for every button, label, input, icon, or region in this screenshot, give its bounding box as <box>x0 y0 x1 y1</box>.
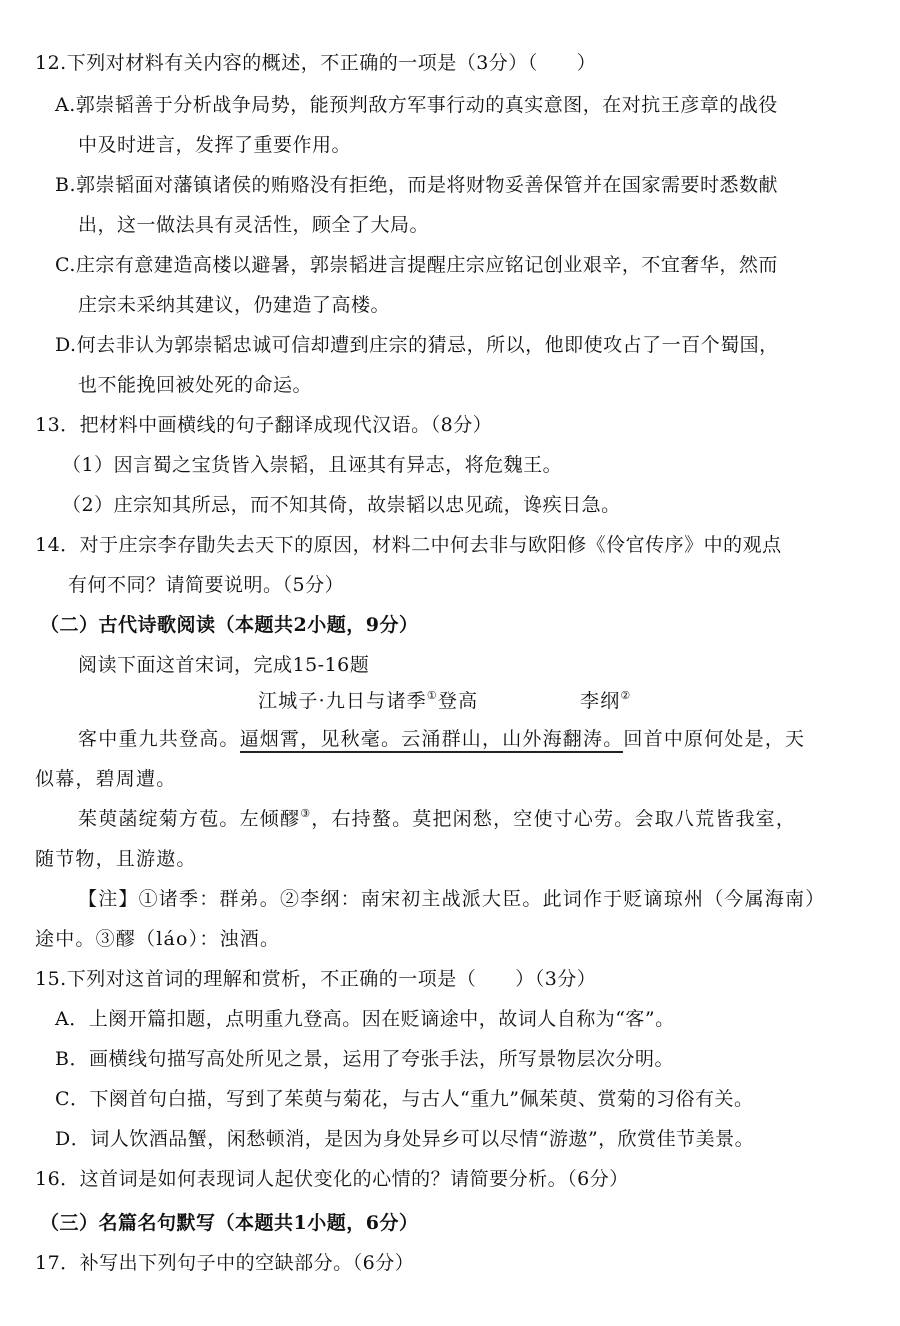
poem-stanza1-line2: 似幕，碧周遭。 <box>35 766 176 792</box>
q17-stem: 17．补写出下列句子中的空缺部分。（6分） <box>35 1250 414 1276</box>
q15-option-a: A．上阕开篇扣题，点明重九登高。因在贬谪途中，故词人自称为“客”。 <box>55 1006 675 1032</box>
q15-option-c: C．下阕首句白描，写到了茱萸与菊花，与古人“重九”佩茱萸、赏菊的习俗有关。 <box>55 1086 753 1112</box>
footnote-marker-2: ② <box>620 689 631 702</box>
poem-author: 李纲② <box>580 688 631 714</box>
poem-title: 江城子·九日与诸季①登高 <box>258 688 478 714</box>
q12-option-c-line2: 庄宗未采纳其建议，仍建造了高楼。 <box>78 292 390 318</box>
poem-stanza2-line2: 随节物，且游遨。 <box>35 846 197 872</box>
q16-stem: 16．这首词是如何表现词人起伏变化的心情的？请简要分析。（6分） <box>35 1166 629 1192</box>
exam-page: 12.下列对材料有关内容的概述，不正确的一项是（3分）（ ） A.郭崇韬善于分析… <box>0 0 900 1326</box>
underlined-sentence: 逼烟霄，见秋毫。云涌群山，山外海翻涛。 <box>240 728 624 753</box>
footnote-marker-3: ③ <box>300 807 311 820</box>
poem-notes-line2: 途中。③醪（láo）：浊酒。 <box>35 926 280 952</box>
poem-intro: 阅读下面这首宋词，完成15-16题 <box>78 652 369 678</box>
q12-option-a-line1: A.郭崇韬善于分析战争局势，能预判敌方军事行动的真实意图，在对抗王彦章的战役 <box>55 92 778 118</box>
footnote-marker-1: ① <box>427 689 438 702</box>
q12-option-b-line2: 出，这一做法具有灵活性，顾全了大局。 <box>78 212 429 238</box>
q12-stem: 12.下列对材料有关内容的概述，不正确的一项是（3分）（ ） <box>35 50 596 76</box>
q13-stem: 13．把材料中画横线的句子翻译成现代汉语。（8分） <box>35 412 492 438</box>
q12-option-c-line1: C.庄宗有意建造高楼以避暑，郭崇韬进言提醒庄宗应铭记创业艰辛，不宜奢华，然而 <box>55 252 778 278</box>
q12-option-d-line1: D.何去非认为郭崇韬忠诚可信却遭到庄宗的猜忌，所以，他即使攻占了一百个蜀国， <box>55 332 779 358</box>
q12-option-b-line1: B.郭崇韬面对藩镇诸侯的贿赂没有拒绝，而是将财物妥善保管并在国家需要时悉数献 <box>55 172 778 198</box>
q15-option-d: D．词人饮酒品蟹，闲愁顿消，是因为身处异乡可以尽情“游遨”，欣赏佳节美景。 <box>55 1126 754 1152</box>
q13-sentence-2: （2）庄宗知其所忌，而不知其倚，故崇韬以忠见疏，谗疾日急。 <box>62 492 621 518</box>
q15-option-b: B．画横线句描写高处所见之景，运用了夸张手法，所写景物层次分明。 <box>55 1046 674 1072</box>
poem-stanza1-line1: 客中重九共登高。逼烟霄，见秋毫。云涌群山，山外海翻涛。回首中原何处是，天 <box>78 726 805 752</box>
q12-option-a-line2: 中及时进言，发挥了重要作用。 <box>78 132 351 158</box>
q15-stem: 15.下列对这首词的理解和赏析，不正确的一项是（ ）（3分） <box>35 966 596 992</box>
q14-line2: 有何不同？请简要说明。（5分） <box>68 572 344 598</box>
q13-sentence-1: （1）因言蜀之宝货皆入崇韬，且诬其有异志，将危魏王。 <box>62 452 562 478</box>
poem-stanza2-line1: 茱萸菡绽菊方苞。左倾醪③，右持螯。莫把闲愁，空使寸心劳。会取八荒皆我室， <box>78 806 796 832</box>
section-3-heading: （三）名篇名句默写（本题共1小题，6分） <box>40 1210 418 1236</box>
q12-option-d-line2: 也不能挽回被处死的命运。 <box>78 372 312 398</box>
section-2-heading: （二）古代诗歌阅读（本题共2小题，9分） <box>40 612 418 638</box>
poem-notes-line1: 【注】①诸季：群弟。②李纲：南宋初主战派大臣。此词作于贬谪琼州（今属海南） <box>78 886 825 912</box>
q14-line1: 14．对于庄宗李存勖失去天下的原因，材料二中何去非与欧阳修《伶官传序》中的观点 <box>35 532 782 558</box>
